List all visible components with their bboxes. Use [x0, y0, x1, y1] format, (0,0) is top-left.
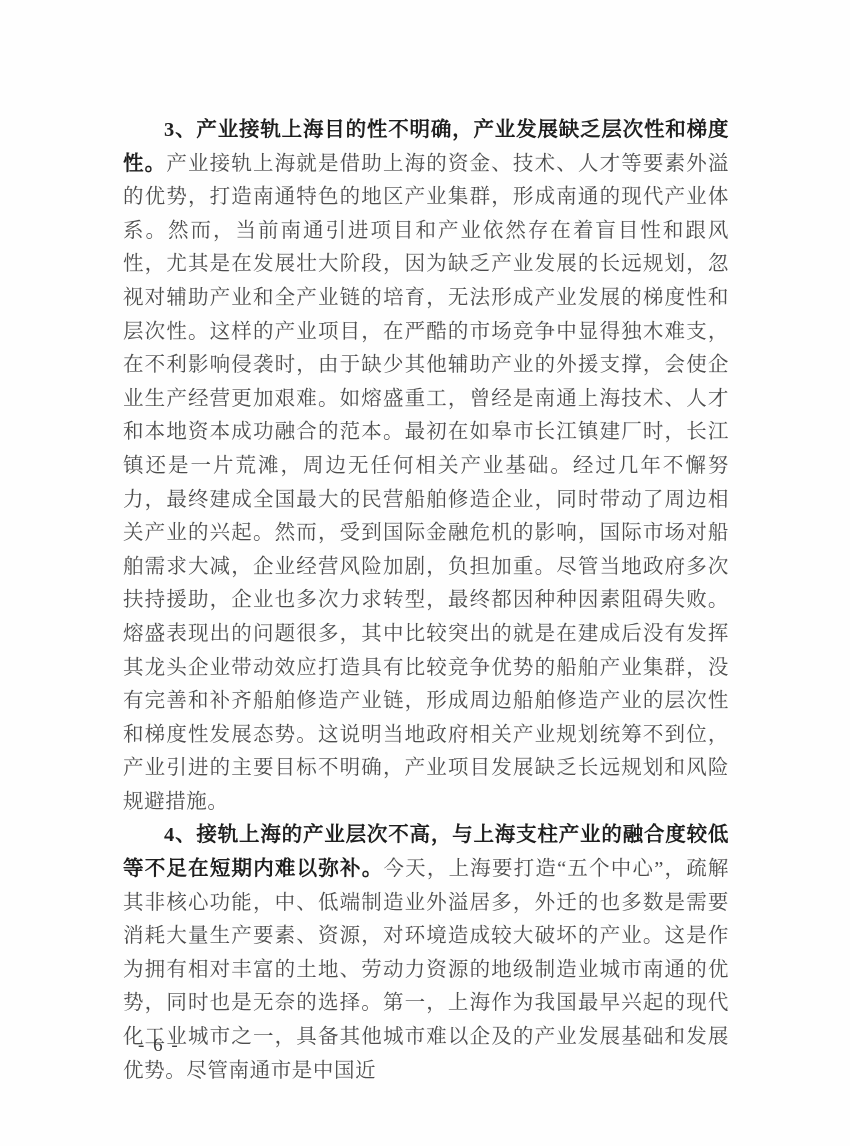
page-number: - 6 -	[138, 1035, 180, 1057]
text-body: 3、产业接轨上海目的性不明确，产业发展缺乏层次性和梯度性。产业接轨上海就是借助上…	[123, 114, 729, 1088]
section-3-body-text: 产业接轨上海就是借助上海的资金、技术、人才等要素外溢的优势，打造南通特色的地区产…	[123, 153, 729, 813]
section-4-body-text: 今天，上海要打造“五个中心”，疏解其非核心功能，中、低端制造业外溢居多，外迁的也…	[123, 858, 729, 1082]
section-3-paragraph: 3、产业接轨上海目的性不明确，产业发展缺乏层次性和梯度性。产业接轨上海就是借助上…	[123, 114, 729, 819]
section-4-paragraph: 4、接轨上海的产业层次不高，与上海支柱产业的融合度较低等不足在短期内难以弥补。今…	[123, 819, 729, 1088]
document-page: 3、产业接轨上海目的性不明确，产业发展缺乏层次性和梯度性。产业接轨上海就是借助上…	[0, 0, 850, 1146]
